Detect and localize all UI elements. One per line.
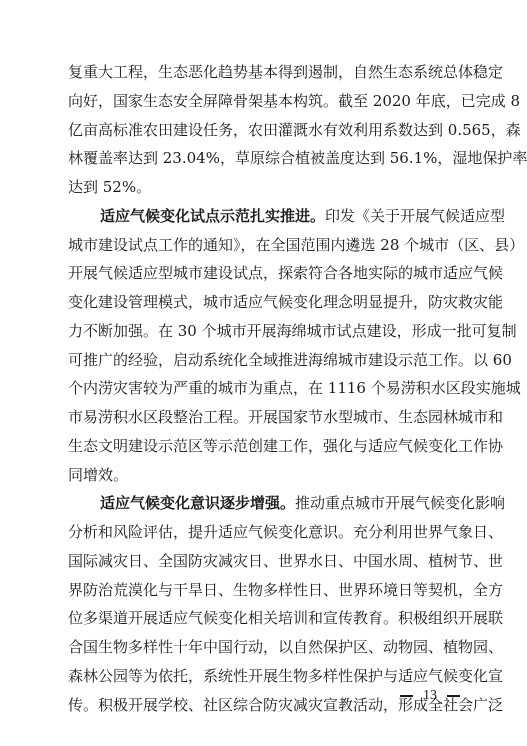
page-number: 13 <box>423 688 437 704</box>
page-footer: 13 <box>400 688 460 704</box>
dash-left-decoration <box>400 695 413 696</box>
paragraph-lead-heading: 适应气候变化试点示范扎实推进。 <box>100 207 325 225</box>
text-line: 适应气候变化意识逐步增强。推动重点城市开展气候变化影响 <box>68 489 460 518</box>
text-line: 市易涝积水区段整治工程。开展国家节水型城市、生态园林城市和 <box>68 403 460 432</box>
text-line: 国际减灾日、全国防灾减灾日、世界水日、中国水周、植树节、世 <box>68 547 460 576</box>
text-line: 生态文明建设示范区等示范创建工作，强化与适应气候变化工作协 <box>68 432 460 461</box>
document-page: 复重大工程，生态恶化趋势基本得到遏制，自然生态系统总体稳定 向好，国家生态安全屏… <box>0 0 527 746</box>
text-line: 达到 52%。 <box>68 173 460 202</box>
paragraph-awareness: 适应气候变化意识逐步增强。推动重点城市开展气候变化影响 分析和风险评估，提升适应… <box>68 489 460 719</box>
text-line: 复重大工程，生态恶化趋势基本得到遏制，自然生态系统总体稳定 <box>68 58 460 87</box>
dash-right-decoration <box>447 695 460 696</box>
text-run: 推动重点城市开展气候变化影响 <box>295 494 505 512</box>
text-line: 个内涝灾害较为严重的城市为重点，在 1116 个易涝积水区段实施城 <box>68 374 460 403</box>
text-line: 城市建设试点工作的通知》，在全国范围内遴选 28 个城市（区、县） <box>68 231 460 260</box>
text-line: 森林公园等为依托，系统性开展生物多样性保护与适应气候变化宣 <box>68 662 460 691</box>
paragraph-pilot-demonstration: 适应气候变化试点示范扎实推进。印发《关于开展气候适应型 城市建设试点工作的通知》… <box>68 202 460 490</box>
text-line: 分析和风险评估，提升适应气候变化意识。充分利用世界气象日、 <box>68 518 460 547</box>
text-line: 开展气候适应型城市建设试点，探索符合各地实际的城市适应气候 <box>68 259 460 288</box>
text-line: 适应气候变化试点示范扎实推进。印发《关于开展气候适应型 <box>68 202 460 231</box>
text-line: 可推广的经验，启动系统化全域推进海绵城市建设示范工作。以 60 <box>68 346 460 375</box>
text-line: 林覆盖率达到 23.04%，草原综合植被盖度达到 56.1%，湿地保护率 <box>68 144 460 173</box>
text-line: 亿亩高标准农田建设任务，农田灌溉水有效利用系数达到 0.565，森 <box>68 116 460 145</box>
text-line: 位多渠道开展适应气候变化相关培训和宣传教育。积极组织开展联 <box>68 604 460 633</box>
paragraph-ecology-continued: 复重大工程，生态恶化趋势基本得到遏制，自然生态系统总体稳定 向好，国家生态安全屏… <box>68 58 460 202</box>
text-line: 界防治荒漠化与干旱日、生物多样性日、世界环境日等契机，全方 <box>68 576 460 605</box>
body-text: 复重大工程，生态恶化趋势基本得到遏制，自然生态系统总体稳定 向好，国家生态安全屏… <box>68 58 460 719</box>
text-line: 合国生物多样性十年中国行动，以自然保护区、动物园、植物园、 <box>68 633 460 662</box>
text-run: 印发《关于开展气候适应型 <box>325 207 505 225</box>
text-line: 向好，国家生态安全屏障骨架基本构筑。截至 2020 年底，已完成 8 <box>68 87 460 116</box>
text-line: 变化建设管理模式，城市适应气候变化理念明显提升，防灾救灾能 <box>68 288 460 317</box>
text-line: 同增效。 <box>68 461 460 490</box>
text-line: 力不断加强。在 30 个城市开展海绵城市试点建设，形成一批可复制 <box>68 317 460 346</box>
paragraph-lead-heading: 适应气候变化意识逐步增强。 <box>100 494 295 512</box>
